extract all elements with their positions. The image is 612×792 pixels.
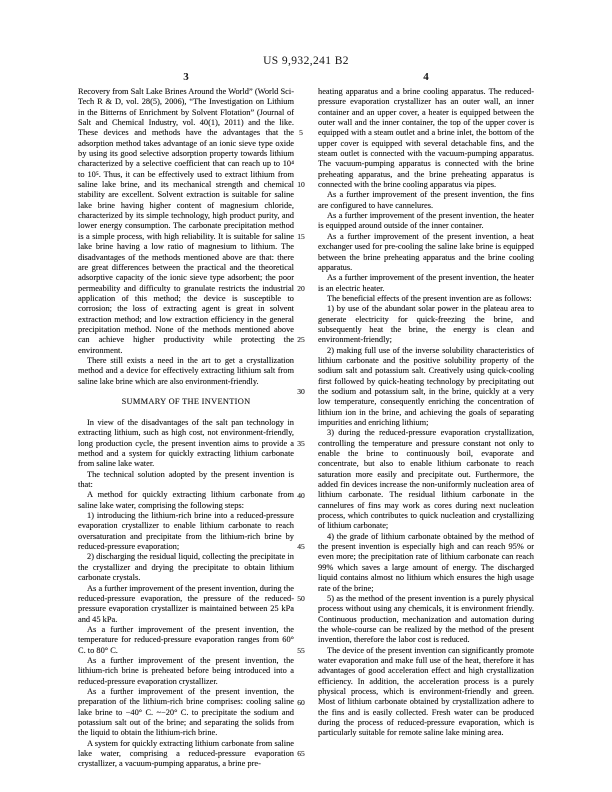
- paragraph: 4) the grade of lithium carbonate obtain…: [318, 532, 534, 594]
- patent-number-header: US 9,932,241 B2: [0, 55, 612, 67]
- paragraph: A method for quickly extracting lithium …: [78, 490, 294, 511]
- paragraph: Recovery from Salt Lake Brines Around th…: [78, 87, 294, 356]
- column-number-left: 3: [78, 71, 294, 83]
- paragraph: As a further improvement of the present …: [318, 190, 534, 211]
- paragraph: The device of the present invention can …: [318, 646, 534, 739]
- paragraph: 3) during the reduced-pressure evaporati…: [318, 428, 534, 531]
- section-heading: SUMMARY OF THE INVENTION: [78, 397, 294, 407]
- paragraph: There still exists a need in the art to …: [78, 356, 294, 387]
- paragraph: 1) by use of the abundant solar power in…: [318, 304, 534, 345]
- paragraph: As a further improvement of the present …: [318, 211, 534, 232]
- paragraph: In view of the disadvantages of the salt…: [78, 418, 294, 470]
- paragraph: A system for quickly extracting lithium …: [78, 739, 294, 770]
- left-text-column: Recovery from Salt Lake Brines Around th…: [78, 87, 294, 770]
- paragraph: 5) as the method of the present inventio…: [318, 594, 534, 646]
- paragraph: As a further improvement of the present …: [78, 687, 294, 739]
- paragraph: 2) discharging the residual liquid, coll…: [78, 552, 294, 583]
- right-text-column: heating apparatus and a brine cooling ap…: [318, 87, 534, 739]
- paragraph: 1) introducing the lithium-rich brine in…: [78, 511, 294, 552]
- paragraph: As a further improvement of the present …: [78, 656, 294, 687]
- paragraph: As a further improvement of the present …: [78, 625, 294, 656]
- paragraph: As a further improvement of the present …: [318, 273, 534, 294]
- paragraph: As a further improvement of the present …: [318, 232, 534, 273]
- paragraph: As a further improvement of the present …: [78, 584, 294, 625]
- patent-page: US 9,932,241 B2 3 4 51015202530354045505…: [0, 0, 612, 792]
- paragraph: heating apparatus and a brine cooling ap…: [318, 87, 534, 190]
- paragraph: The technical solution adopted by the pr…: [78, 470, 294, 491]
- paragraph: The beneficial effects of the present in…: [318, 294, 534, 304]
- column-number-right: 4: [318, 71, 534, 83]
- paragraph: 2) making full use of the inverse solubi…: [318, 346, 534, 429]
